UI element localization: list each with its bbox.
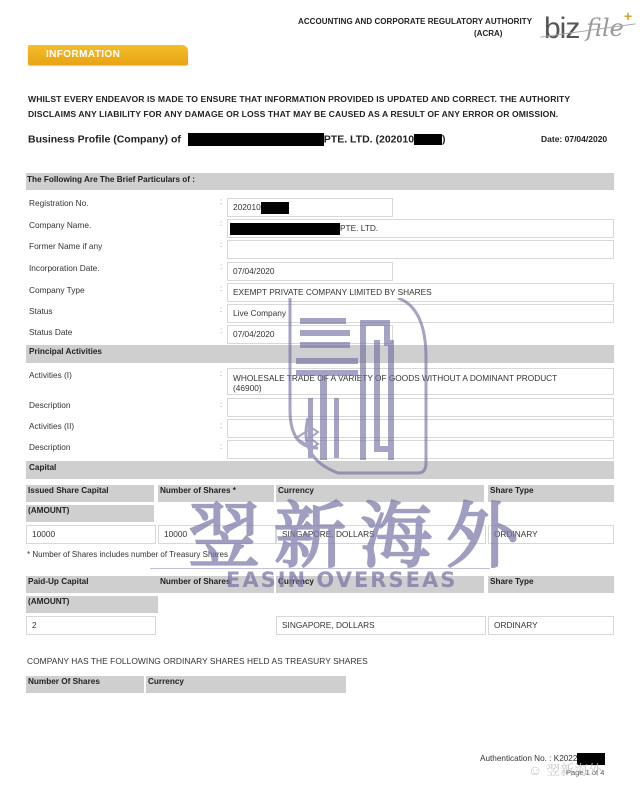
treasury-header-currency: Currency: [146, 676, 346, 693]
treasury-header-shares: Number Of Shares: [26, 676, 144, 693]
status-date-field: 07/04/2020: [227, 325, 393, 344]
company-name-field: PTE. LTD.: [227, 219, 614, 238]
colon: :: [220, 421, 222, 430]
paidup-header-share-type: Share Type: [488, 576, 614, 593]
disclaimer-text: WHILST EVERY ENDEAVOR IS MADE TO ENSURE …: [28, 92, 618, 122]
label-incorporation-date: Incorporation Date.: [29, 263, 100, 273]
bizfile-logo-biz: biz: [544, 14, 579, 44]
redacted-company-name-field: [230, 223, 340, 235]
colon: :: [220, 262, 222, 271]
colon: :: [220, 326, 222, 335]
paidup-header-shares: Number of Shares: [158, 576, 274, 593]
profile-date: Date: 07/04/2020: [541, 134, 607, 144]
label-status: Status: [29, 306, 53, 316]
label-former-name: Former Name if any: [29, 241, 102, 251]
redacted-registration-no: [261, 202, 289, 214]
redacted-registration: [414, 134, 442, 145]
colon: :: [220, 442, 222, 451]
activities-2-field: [227, 419, 614, 438]
principal-activities-heading: Principal Activities: [26, 345, 614, 363]
label-activities-2: Activities (II): [29, 421, 74, 431]
information-resources-banner: INFORMATION RESOURCES: [28, 45, 188, 65]
paidup-header-currency: Currency: [276, 576, 484, 593]
treasury-shares-note: * Number of Shares includes number of Tr…: [27, 550, 228, 559]
description-2-field: [227, 440, 614, 459]
label-registration-no: Registration No.: [29, 198, 89, 208]
paidup-header-capital: Paid-Up Capital: [26, 576, 158, 593]
issued-header-share-type: Share Type: [488, 485, 614, 502]
paidup-currency-cell: SINGAPORE, DOLLARS: [276, 616, 486, 635]
colon: :: [220, 305, 222, 314]
label-description-1: Description: [29, 400, 71, 410]
former-name-field: [227, 240, 614, 259]
bizfile-logo-plus: +: [624, 8, 632, 24]
activities-1-field: WHOLESALE TRADE OF A VARIETY OF GOODS WI…: [227, 368, 614, 395]
issued-share-type-cell: ORDINARY: [488, 525, 614, 544]
issued-currency-cell: SINGAPORE, DOLLARS: [276, 525, 486, 544]
registration-no-value: 202010: [233, 202, 261, 212]
status-field: Live Company: [227, 304, 614, 323]
issued-header-capital: Issued Share Capital: [26, 485, 154, 502]
authentication-label: Authentication No. : K2022: [480, 754, 577, 763]
colon: :: [220, 197, 222, 206]
particulars-heading: The Following Are The Brief Particulars …: [26, 173, 614, 190]
page-number: Page 1 of 4: [566, 768, 604, 777]
capital-heading: Capital: [26, 461, 614, 479]
watermark-divider: [150, 568, 490, 569]
authority-name: ACCOUNTING AND CORPORATE REGULATORY AUTH…: [298, 17, 532, 26]
authentication-number: Authentication No. : K2022: [480, 753, 605, 765]
colon: :: [220, 369, 222, 378]
paidup-share-type-cell: ORDINARY: [488, 616, 614, 635]
label-company-name: Company Name.: [29, 220, 91, 230]
issued-amount-cell: 10000: [26, 525, 156, 544]
colon: :: [220, 284, 222, 293]
bizfile-logo: biz file +: [540, 10, 636, 50]
profile-close: ): [442, 133, 446, 145]
company-type-field: EXEMPT PRIVATE COMPANY LIMITED BY SHARES: [227, 283, 614, 302]
label-company-type: Company Type: [29, 285, 85, 295]
label-activities-1: Activities (I): [29, 370, 72, 380]
redacted-company-name: [188, 133, 324, 146]
issued-header-amount: (AMOUNT): [26, 505, 154, 522]
issued-header-currency: Currency: [276, 485, 484, 502]
registration-no-field: 202010: [227, 198, 393, 217]
company-name-value: PTE. LTD.: [340, 223, 378, 233]
profile-suffix: PTE. LTD. (202010: [324, 133, 414, 145]
label-description-2: Description: [29, 442, 71, 452]
colon: :: [220, 219, 222, 228]
label-status-date: Status Date: [29, 327, 72, 337]
activities-1-value: WHOLESALE TRADE OF A VARIETY OF GOODS WI…: [233, 373, 613, 383]
paidup-header-amount: (AMOUNT): [26, 596, 158, 613]
paidup-amount-cell: 2: [26, 616, 156, 635]
activities-1-code: (46900): [233, 383, 613, 393]
colon: :: [220, 240, 222, 249]
treasury-shares-title: COMPANY HAS THE FOLLOWING ORDINARY SHARE…: [27, 656, 368, 666]
colon: :: [220, 400, 222, 409]
business-profile-title: Business Profile (Company) of PTE. LTD. …: [28, 133, 446, 146]
redacted-authentication: [577, 753, 605, 765]
description-1-field: [227, 398, 614, 417]
authority-abbr: (ACRA): [474, 29, 502, 38]
incorporation-date-field: 07/04/2020: [227, 262, 393, 281]
issued-header-shares: Number of Shares *: [158, 485, 274, 502]
issued-shares-cell: 10000: [158, 525, 276, 544]
profile-prefix: Business Profile (Company) of: [28, 133, 181, 145]
